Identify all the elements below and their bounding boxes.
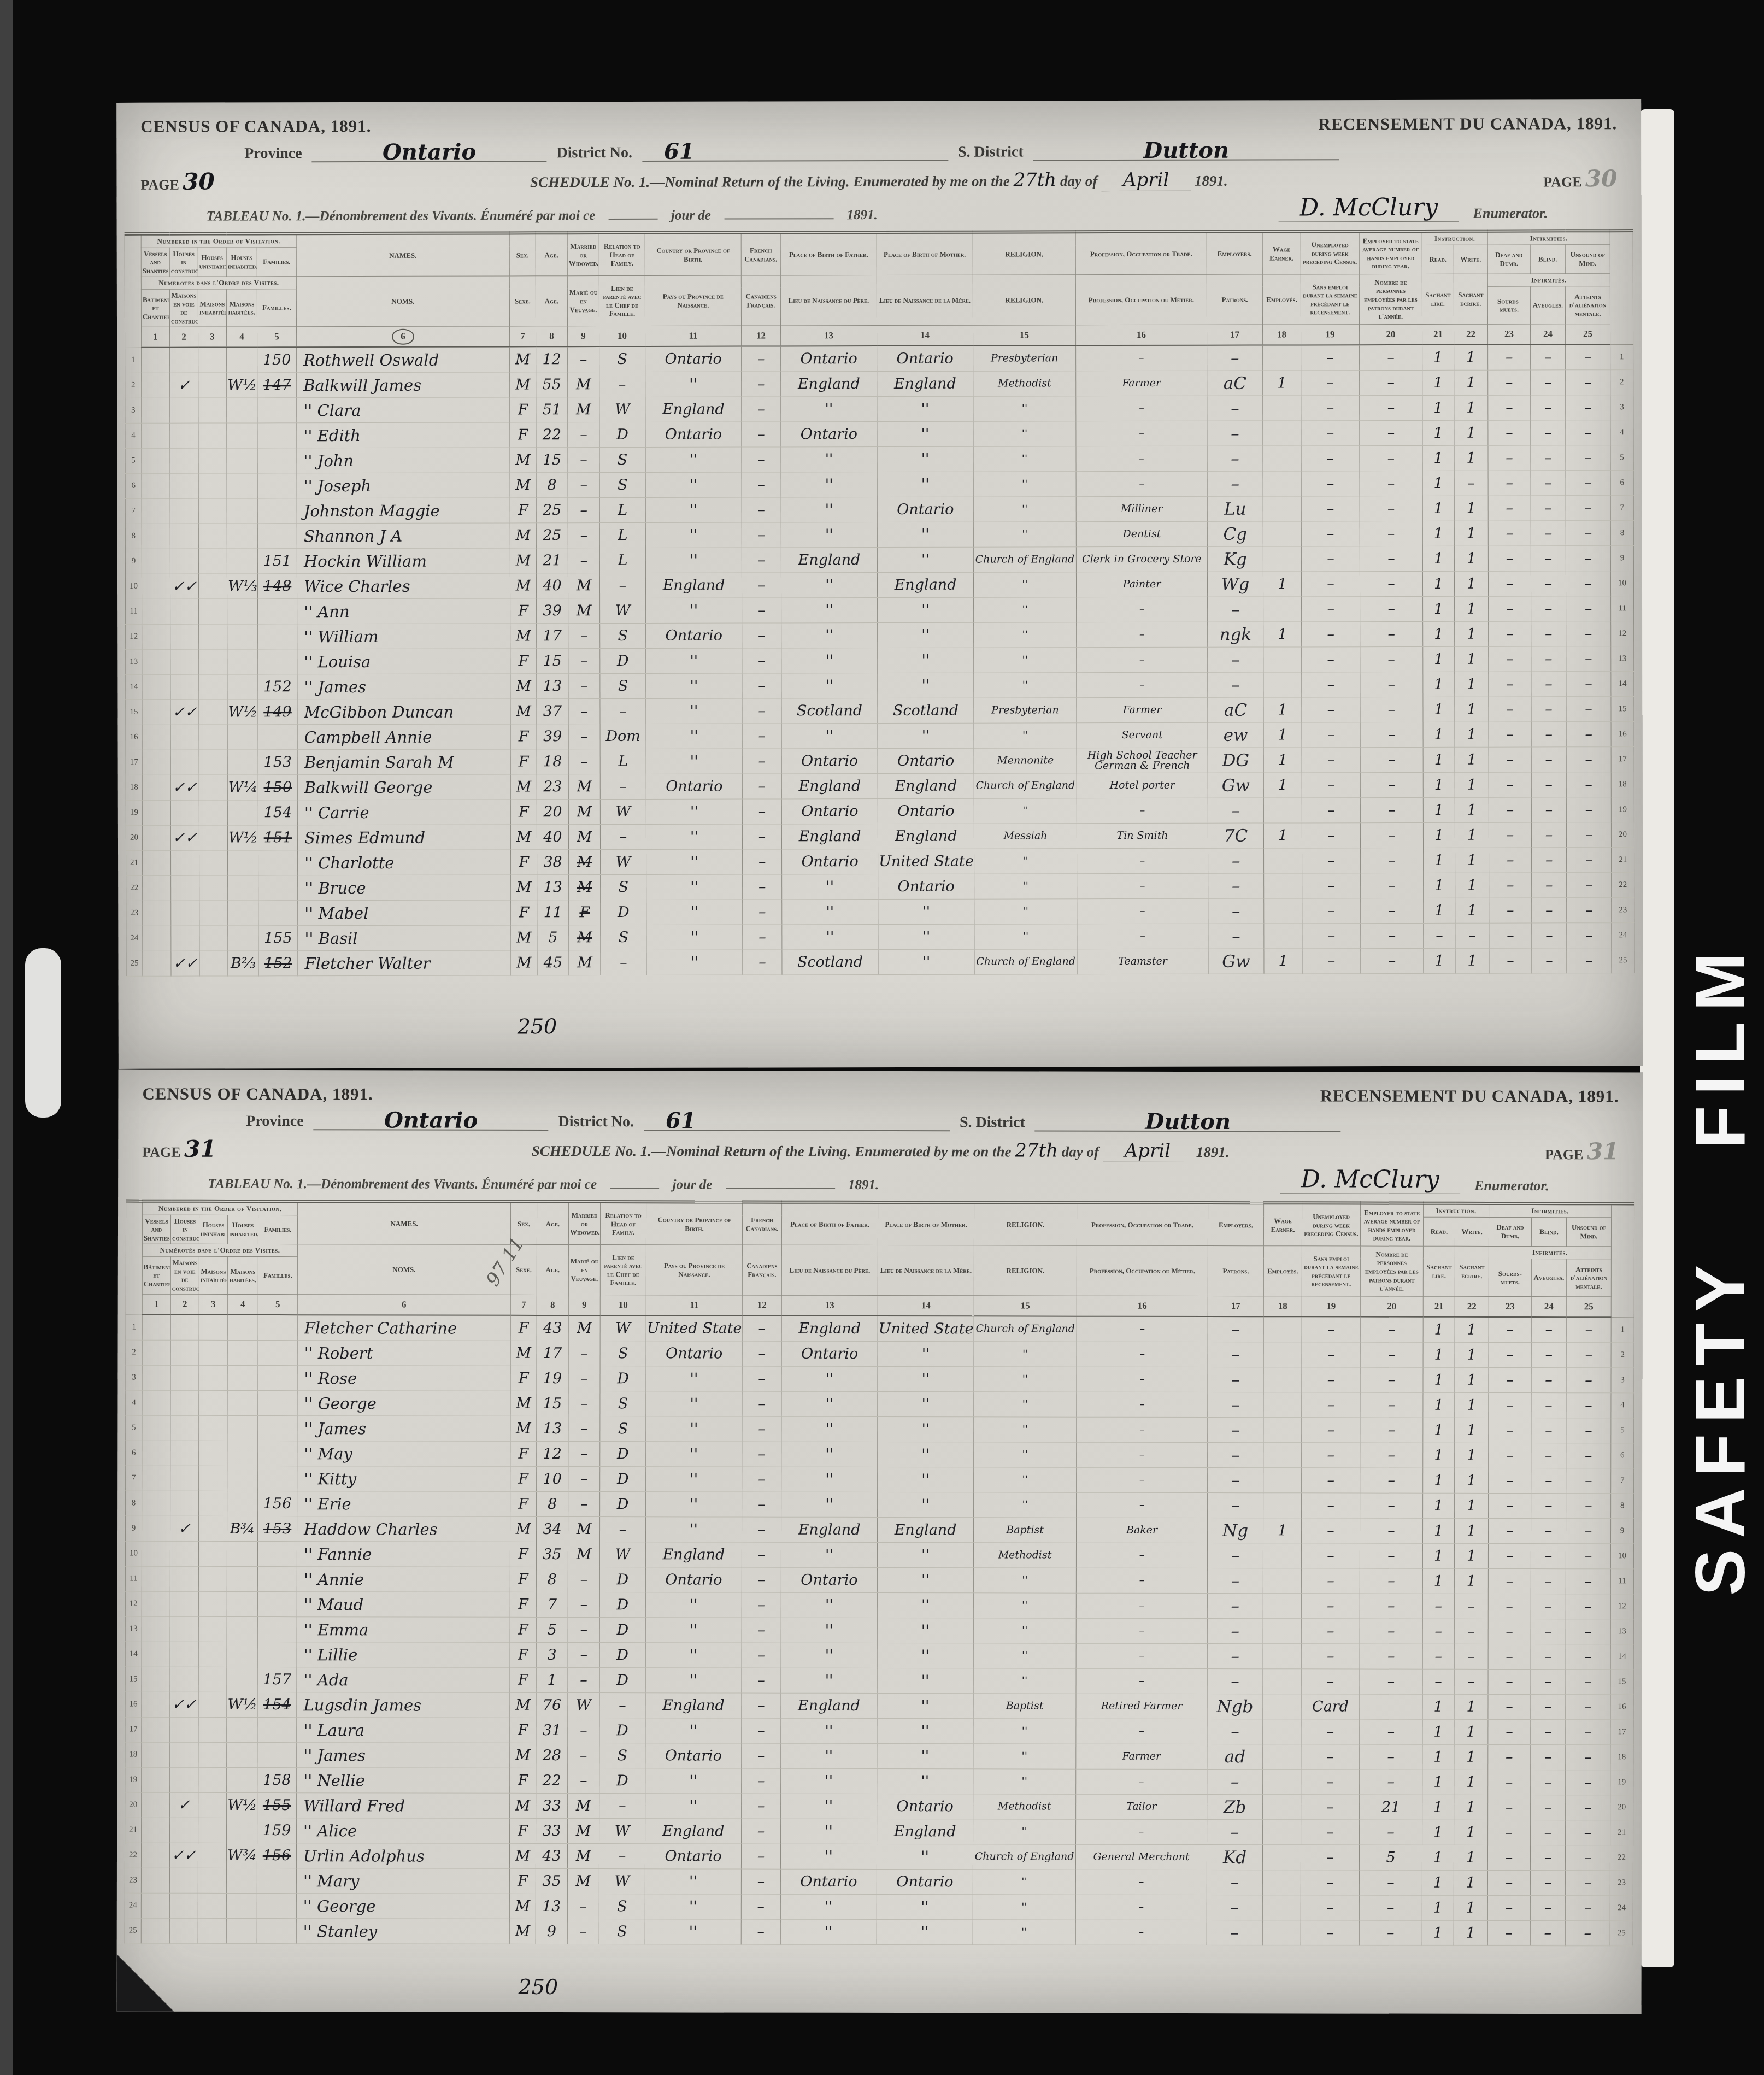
cell-col11: Ontario	[645, 1844, 742, 1869]
cell-col15: ''	[973, 396, 1076, 421]
cell-col21: 1	[1423, 1368, 1455, 1393]
cell-col16: Farmer	[1077, 698, 1208, 724]
cell-col14: ''	[878, 1342, 974, 1367]
cell-col23: –	[1489, 722, 1531, 747]
cell-col10: D	[600, 1366, 646, 1391]
cell-col19: –	[1302, 898, 1361, 924]
cell-col16: –	[1077, 1392, 1208, 1417]
cell-col19: –	[1301, 546, 1360, 572]
cell-col8: 40	[537, 573, 568, 598]
cell-col2	[170, 725, 199, 750]
column-number: 3	[199, 1295, 227, 1315]
cell-col13: ''	[781, 1417, 878, 1442]
cell-col11: ''	[645, 1643, 742, 1668]
cell-col11: ''	[645, 1768, 742, 1794]
cell-col6: Fletcher Walter	[298, 950, 511, 976]
cell-col9: F	[569, 900, 601, 925]
cell-col11: ''	[645, 522, 742, 548]
cell-col21: 1	[1423, 823, 1455, 848]
column-number: 21	[1423, 1297, 1455, 1318]
cell-col23: –	[1489, 646, 1531, 672]
cell-col19: –	[1302, 798, 1360, 823]
cell-col3	[199, 699, 227, 725]
cell-col6: '' Emma	[297, 1617, 510, 1643]
column-number: 8	[536, 326, 568, 347]
page-number: 31	[184, 1136, 216, 1162]
cell-col12: –	[742, 522, 781, 548]
cell-col7: M	[510, 1517, 537, 1542]
cell-col25: –	[1566, 395, 1610, 420]
cell-col21: 1	[1423, 1494, 1455, 1519]
cell-col17: –	[1208, 1493, 1263, 1518]
cell-col25: –	[1566, 1644, 1610, 1670]
column-number: 22	[1455, 1297, 1489, 1318]
cell-col18	[1263, 1744, 1301, 1770]
cell-col10: S	[600, 1416, 646, 1442]
cell-col1	[142, 1541, 170, 1566]
cell-col16: High School Teacher German & French	[1077, 748, 1208, 774]
column-number: 21	[1422, 325, 1454, 345]
enumerator-signature: D. McClury	[1279, 193, 1459, 222]
column-number: 25	[1566, 1297, 1611, 1318]
cell-col17: –	[1207, 1669, 1263, 1694]
cell-col11: England	[646, 573, 742, 598]
cell-col5: 151	[258, 825, 297, 850]
table-row: 18'' JamesM28–SOntario–''''''Farmerad––1…	[125, 1742, 1633, 1770]
cell-col9: –	[568, 1718, 599, 1743]
cell-col15: Church of England	[973, 1844, 1076, 1870]
cell-col16: –	[1077, 673, 1208, 698]
title-english: CENSUS OF CANADA, 1891.	[142, 1084, 373, 1104]
cell-col23: –	[1489, 1317, 1531, 1343]
col-header-fr: NOMS.	[296, 276, 509, 327]
table-row: 1150Rothwell OswaldM12–SOntario–OntarioO…	[125, 344, 1633, 373]
row-number-right: 18	[1611, 772, 1634, 797]
cell-col21: 1	[1424, 898, 1455, 924]
cell-col1	[142, 775, 170, 801]
row-number-left: 20	[126, 826, 142, 851]
cell-col16: Hotel porter	[1077, 773, 1208, 799]
cell-col18	[1263, 1418, 1302, 1443]
table-row: 4'' EdithF22–DOntario–Ontario''''––––11–…	[125, 420, 1633, 449]
cell-col14: ''	[878, 673, 974, 698]
census-page-31: CENSUS OF CANADA, 1891. RECENSEMENT DU C…	[116, 1070, 1643, 2014]
cell-col8: 31	[536, 1718, 568, 1743]
cell-col17: Gw	[1208, 773, 1263, 798]
cell-col13: Ontario	[781, 422, 877, 447]
cell-col24: –	[1531, 1644, 1566, 1670]
column-number: 6	[297, 1295, 510, 1315]
cell-col17: –	[1207, 1920, 1262, 1945]
cell-col18: 1	[1264, 949, 1302, 974]
cell-col5: 155	[257, 1793, 297, 1818]
enumerated-prefix: Enumerated by me on the	[853, 173, 1010, 190]
cell-col14: ''	[878, 1392, 974, 1417]
cell-col24: –	[1531, 1795, 1566, 1820]
row-number-left: 17	[126, 750, 142, 775]
row-number-left: 3	[125, 398, 142, 424]
table-row: 5'' JamesM13–S''–''''''––––11–––5	[126, 1415, 1634, 1443]
column-number: 7	[510, 326, 536, 347]
cell-col13: ''	[781, 648, 878, 673]
cell-col25: –	[1566, 797, 1611, 822]
cell-col6: '' Edith	[297, 422, 510, 448]
table-row: 21159'' AliceF33MWEngland–''England''–––…	[125, 1818, 1633, 1845]
cell-col19: –	[1301, 521, 1360, 546]
cell-col24: –	[1532, 898, 1567, 923]
cell-col11: England	[645, 397, 742, 422]
cell-col23: –	[1488, 1619, 1531, 1644]
cell-col13: England	[781, 1316, 878, 1342]
cell-col19: –	[1302, 1342, 1360, 1367]
cell-col12: –	[742, 1542, 781, 1567]
cell-col6: Campbell Annie	[297, 724, 510, 750]
cell-col19: –	[1302, 1518, 1360, 1543]
cell-col3	[199, 725, 227, 750]
cell-col3	[199, 649, 227, 674]
cell-col1	[142, 1466, 170, 1491]
cell-col22: 1	[1455, 1468, 1489, 1494]
cell-col2	[170, 448, 198, 473]
cell-col15: ''	[974, 572, 1077, 597]
cell-col21: 1	[1422, 396, 1454, 421]
cell-col7: M	[510, 448, 536, 473]
cell-col5	[257, 1919, 296, 1944]
district-value: 61	[644, 1112, 950, 1131]
cell-col23: –	[1489, 596, 1531, 621]
col-header-fr: Sachant écrire.	[1454, 274, 1487, 325]
cell-col12: –	[742, 1316, 781, 1342]
cell-col6: '' Fannie	[297, 1542, 510, 1567]
cell-col16: Servant	[1077, 723, 1208, 749]
cell-col15: ''	[974, 1417, 1077, 1442]
cell-col15: ''	[974, 798, 1077, 824]
cell-col4	[227, 448, 257, 473]
cell-col23: –	[1489, 747, 1531, 772]
jour-de-label: jour de	[671, 208, 711, 223]
cell-col3	[199, 775, 227, 800]
cell-col22: 1	[1454, 496, 1488, 521]
cell-col5	[258, 1315, 297, 1341]
cell-col23: –	[1488, 546, 1531, 571]
cell-col3	[199, 1341, 227, 1366]
cell-col17: –	[1208, 1367, 1263, 1392]
col-header-fr: Familles.	[258, 1256, 297, 1295]
cell-col3	[198, 1692, 227, 1718]
row-number-right: 9	[1610, 546, 1633, 571]
row-number-left: 2	[125, 373, 142, 398]
cell-col5: 156	[258, 1491, 297, 1516]
cell-col14: ''	[878, 1417, 974, 1442]
infirmities-group-fr: Infirmités.	[1487, 274, 1610, 286]
cell-col2: ✓✓	[170, 825, 199, 850]
cell-col14: ''	[878, 1367, 974, 1392]
cell-col10: L	[599, 548, 645, 573]
cell-col17: –	[1207, 1895, 1262, 1920]
cell-col24: –	[1531, 797, 1566, 822]
cell-col7: F	[510, 1592, 536, 1618]
cell-col9: M	[569, 925, 601, 950]
cell-col23: –	[1488, 471, 1531, 496]
cell-col19: –	[1301, 1744, 1360, 1770]
cell-col13: ''	[780, 1895, 877, 1920]
cell-col13: ''	[781, 1794, 877, 1819]
cell-col20: –	[1360, 1418, 1423, 1443]
cell-col14: ''	[878, 899, 974, 924]
cell-col11: ''	[645, 472, 742, 497]
cell-col24: –	[1531, 1619, 1566, 1644]
cell-col17: Zb	[1207, 1795, 1263, 1820]
cell-col1	[143, 851, 171, 876]
cell-col21: –	[1422, 1619, 1454, 1644]
table-row: 10'' FannieF35MWEngland–''''Methodist–––…	[125, 1541, 1633, 1569]
cell-col5	[258, 624, 297, 649]
cell-col16: –	[1077, 1442, 1208, 1467]
cell-col25: –	[1566, 1770, 1610, 1795]
cell-col12: –	[742, 1517, 781, 1542]
cell-col3	[199, 624, 227, 649]
column-number: 23	[1489, 1297, 1531, 1318]
col-header-en: NAMES.	[297, 1201, 510, 1245]
col-header-fr: Pays ou Province de Naissance.	[645, 275, 741, 326]
cell-col10: S	[601, 875, 646, 900]
cell-col7: F	[510, 1618, 536, 1643]
cell-col6: '' Kitty	[297, 1466, 510, 1492]
cell-col16: Tailor	[1076, 1794, 1207, 1819]
cell-col3	[199, 750, 227, 775]
cell-col15: ''	[974, 673, 1077, 698]
cell-col14: ''	[877, 1593, 973, 1618]
cell-col8: 33	[536, 1794, 568, 1819]
table-row: 8156'' ErieF8–D''–''''''––––11–––8	[126, 1491, 1634, 1519]
cell-col15: ''	[973, 1769, 1076, 1794]
row-number-right: 24	[1610, 1896, 1633, 1921]
cell-col8: 12	[536, 347, 568, 373]
cell-col19: –	[1301, 421, 1360, 446]
cell-col3	[198, 1592, 227, 1617]
page-header: CENSUS OF CANADA, 1891. RECENSEMENT DU C…	[118, 1070, 1643, 1195]
cell-col17: –	[1207, 396, 1263, 421]
col-header-fr: Employés.	[1263, 1246, 1302, 1296]
cell-col25: –	[1566, 772, 1611, 797]
cell-col23: –	[1488, 420, 1531, 445]
column-number: 25	[1566, 324, 1610, 345]
cell-col12: –	[742, 472, 781, 497]
cell-col6: '' Clara	[297, 397, 510, 423]
cell-col20: –	[1360, 1669, 1422, 1694]
page-label-right: PAGE	[1545, 1147, 1583, 1162]
cell-col10: L	[599, 498, 645, 523]
cell-col12: –	[742, 1618, 781, 1643]
cell-col22: –	[1454, 1670, 1488, 1695]
cell-col20: –	[1360, 521, 1422, 546]
cell-col18	[1263, 1694, 1301, 1719]
cell-col18	[1263, 521, 1301, 546]
row-number-right: 11	[1610, 1569, 1633, 1594]
cell-col5	[258, 1391, 297, 1416]
cell-col10: S	[599, 473, 645, 498]
cell-col6: '' James	[297, 1743, 510, 1768]
cell-col13: ''	[781, 1618, 877, 1643]
cell-col17: –	[1208, 1418, 1263, 1443]
cell-col7: M	[510, 1794, 536, 1819]
cell-col6: '' Bruce	[298, 875, 511, 901]
cell-col7: F	[510, 1768, 536, 1794]
cell-col6: Willard Fred	[297, 1793, 510, 1819]
cell-col10: –	[599, 1844, 645, 1869]
cell-col5	[257, 1592, 297, 1617]
cell-col13: ''	[782, 900, 878, 925]
cell-col20: –	[1360, 722, 1423, 748]
cell-col13: ''	[781, 497, 877, 522]
col-header-en: Sex.	[509, 233, 536, 276]
cell-col25: –	[1566, 1845, 1610, 1871]
title-french: RECENSEMENT DU CANADA, 1891.	[1318, 114, 1617, 134]
row-number-left: 23	[125, 1868, 141, 1893]
cell-col18	[1263, 1468, 1302, 1493]
column-number: 18	[1263, 1296, 1302, 1317]
cell-col3	[199, 599, 227, 624]
row-number-right: 10	[1611, 571, 1634, 596]
cell-col2: ✓	[170, 1793, 198, 1818]
cell-col2: ✓✓	[170, 574, 198, 599]
cell-col5: 147	[257, 373, 297, 398]
row-number-right: 8	[1611, 1494, 1634, 1519]
cell-col22: 1	[1455, 748, 1489, 773]
cell-col22: 1	[1454, 1569, 1488, 1594]
cell-col25: –	[1566, 646, 1611, 672]
cell-col25: –	[1567, 923, 1612, 948]
col-header-fr: Canadiens Français.	[742, 1245, 781, 1295]
table-row: 9✓B¾153Haddow CharlesM34M–''–EnglandEngl…	[125, 1516, 1633, 1544]
cell-col19: –	[1302, 924, 1361, 949]
cell-col25: –	[1566, 445, 1610, 471]
cell-col11: Ontario	[645, 422, 742, 447]
cell-col17: –	[1208, 1392, 1263, 1418]
cell-col15: ''	[974, 1467, 1077, 1492]
cell-col6: Hockin William	[297, 548, 510, 574]
cell-col14: Ontario	[878, 798, 974, 824]
cell-col22: 1	[1454, 1820, 1488, 1845]
col-header-fr: Maisons en voie de construction.	[170, 1256, 199, 1294]
cell-col4	[226, 1919, 257, 1944]
cell-col12: –	[742, 774, 781, 799]
province-value: Ontario	[312, 143, 547, 162]
cell-col12: –	[742, 1718, 781, 1743]
cell-col5: 150	[258, 775, 297, 800]
cell-col16: General Merchant	[1076, 1844, 1207, 1870]
cell-col13: ''	[781, 522, 877, 548]
cell-col25: –	[1566, 1795, 1610, 1820]
row-number-right: 12	[1611, 621, 1634, 646]
table-row: 22✓✓W¾156Urlin AdolphusM43M–Ontario–''''…	[125, 1843, 1633, 1871]
cell-col3	[199, 674, 227, 699]
cell-col4	[227, 1466, 258, 1491]
cell-col4	[227, 674, 258, 699]
cell-col10: S	[600, 674, 646, 699]
cell-col13: ''	[781, 1844, 877, 1870]
cell-col19: –	[1302, 873, 1361, 898]
cell-col20: –	[1359, 1870, 1422, 1895]
cell-col2	[170, 599, 199, 624]
cell-col5	[257, 524, 297, 549]
cell-col1	[142, 524, 170, 549]
cell-col16: –	[1076, 1769, 1207, 1794]
column-number: 9	[568, 1295, 600, 1316]
cell-col15: ''	[974, 1492, 1077, 1518]
column-number: 4	[227, 327, 257, 348]
cell-col6: '' Joseph	[297, 473, 510, 498]
cell-col19: –	[1301, 496, 1360, 521]
sdistrict-value: Dutton	[1033, 142, 1339, 161]
cell-col7: M	[510, 699, 537, 724]
cell-col21: 1	[1424, 949, 1455, 974]
cell-col16: –	[1077, 1342, 1208, 1367]
cell-col17: –	[1207, 1770, 1263, 1795]
col-header-fr: Nombre de personnes employées par les pa…	[1360, 1246, 1423, 1296]
cell-col7: F	[510, 1819, 536, 1844]
cell-col9: –	[568, 1592, 599, 1618]
column-number: 8	[537, 1295, 568, 1316]
cell-col25: –	[1566, 471, 1610, 496]
tally-note: 250	[519, 1975, 558, 1999]
cell-col11: ''	[646, 874, 743, 900]
col-header-en: Read.	[1423, 1217, 1455, 1247]
cell-col17: ad	[1207, 1744, 1263, 1770]
cell-col3	[198, 1542, 227, 1567]
cell-col17: –	[1207, 446, 1263, 471]
cell-col24: –	[1531, 1544, 1566, 1569]
cell-col21: 1	[1423, 798, 1455, 823]
cell-col3	[198, 1516, 227, 1542]
cell-col11: ''	[646, 900, 743, 925]
cell-col4	[227, 725, 258, 750]
cell-col18	[1263, 1367, 1302, 1392]
cell-col9: M	[567, 1869, 599, 1894]
table-row: 20✓W½155Willard FredM33M–''–''OntarioMet…	[125, 1792, 1633, 1820]
cell-col20: –	[1361, 924, 1424, 949]
cell-col1	[143, 901, 171, 926]
row-number-right: 3	[1610, 395, 1633, 420]
cell-col7: F	[510, 422, 536, 448]
cell-col24: –	[1531, 1745, 1566, 1770]
table-row: 15157'' AdaF1–D''–''''''–––––––––15	[125, 1667, 1633, 1695]
cell-col19: –	[1302, 1392, 1360, 1418]
row-number-left: 15	[125, 1667, 142, 1692]
cell-col22: 1	[1454, 1695, 1488, 1720]
cell-col21: 1	[1423, 572, 1455, 597]
cell-col18	[1263, 1795, 1301, 1820]
cell-col6: '' Robert	[297, 1341, 510, 1366]
cell-col14: United States	[878, 849, 974, 874]
cell-col7: M	[510, 1416, 537, 1442]
cell-col6: Wice Charles	[297, 573, 510, 599]
cell-col17: –	[1207, 1568, 1263, 1594]
cell-col2	[170, 649, 199, 674]
cell-col24: –	[1531, 722, 1566, 747]
cell-col10: S	[600, 1341, 646, 1366]
cell-col7: M	[510, 1391, 537, 1416]
cell-col16: –	[1076, 345, 1207, 371]
cell-col5	[257, 1642, 297, 1667]
cell-col1	[142, 1818, 170, 1843]
cell-col20: –	[1360, 1820, 1422, 1845]
cell-col22: –	[1454, 1594, 1488, 1619]
cell-col25: –	[1566, 496, 1610, 521]
cell-col18	[1264, 873, 1302, 898]
column-number: 23	[1488, 324, 1531, 345]
cell-col15: ''	[973, 1668, 1076, 1694]
